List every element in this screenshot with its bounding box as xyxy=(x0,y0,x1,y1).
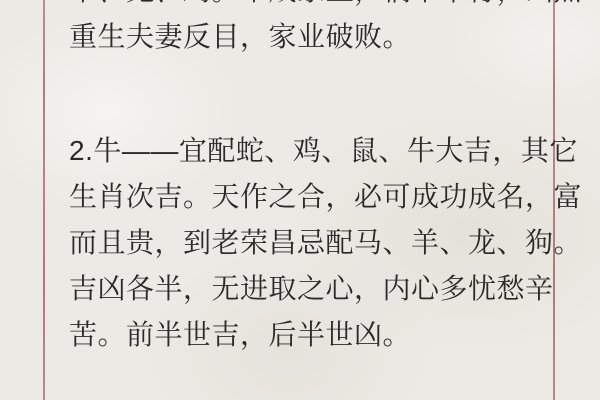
text-line: 2.牛——宜配蛇、鸡、鼠、牛大吉，其它 xyxy=(69,128,555,174)
text-line: 生肖次吉。天作之合，必可成功成名，富 xyxy=(69,174,555,220)
zodiac-text-page: 羊、兔、鸡。不成家业，祸不单行，凶煞 重生夫妻反目，家业破败。 2.牛——宜配蛇… xyxy=(0,0,600,400)
entry1-continuation-paragraph: 羊、兔、鸡。不成家业，祸不单行，凶煞 重生夫妻反目，家业破败。 xyxy=(69,0,555,60)
text-line: 苦。前半世吉，后半世凶。 xyxy=(69,312,555,358)
text-line: 吉凶各半，无进取之心，内心多忧愁辛 xyxy=(69,266,555,312)
entry2-ox-paragraph: 2.牛——宜配蛇、鸡、鼠、牛大吉，其它 生肖次吉。天作之合，必可成功成名，富 而… xyxy=(69,128,555,358)
left-border-rule xyxy=(43,0,45,400)
text-line: 羊、兔、鸡。不成家业，祸不单行，凶煞 xyxy=(69,0,555,14)
text-line: 而且贵，到老荣昌忌配马、羊、龙、狗。 xyxy=(69,220,555,266)
text-line: 重生夫妻反目，家业破败。 xyxy=(69,14,555,60)
